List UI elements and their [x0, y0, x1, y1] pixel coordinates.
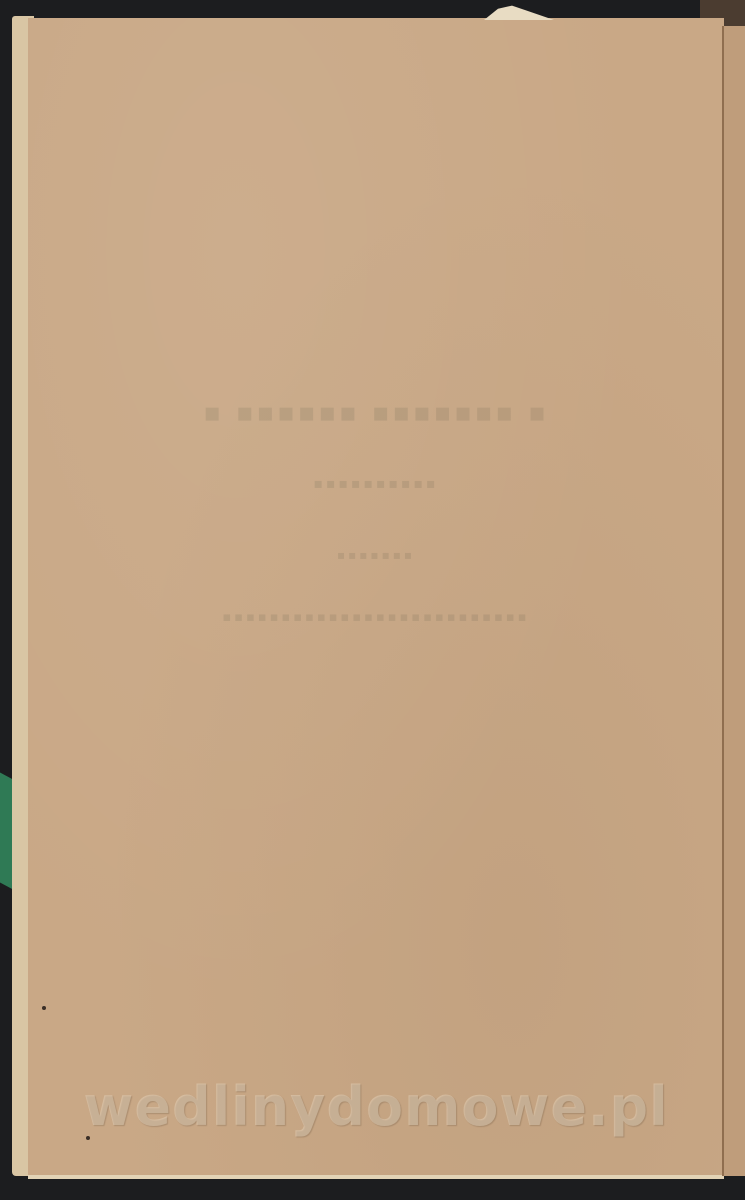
paper-speck [42, 1006, 46, 1010]
facing-page-edge [724, 26, 745, 1176]
bleed-through-line-2: ▪▪▪▪▪▪▪▪▪▪ [28, 476, 724, 492]
watermark: wedlinydomowe.pl [28, 1075, 724, 1138]
bleed-through-line-4: ▪▪▪▪▪▪▪▪▪▪▪▪▪▪▪▪▪▪▪▪▪▪▪▪▪▪ [28, 610, 724, 625]
scanned-page: ▪ ▪▪▪▪▪▪ ▪▪▪▪▪▪▪ ▪ ▪▪▪▪▪▪▪▪▪▪ ▪▪▪▪▪▪▪ ▪▪… [28, 18, 724, 1179]
bleed-through-line-3: ▪▪▪▪▪▪▪ [28, 548, 724, 562]
bleed-through-line-1: ▪ ▪▪▪▪▪▪ ▪▪▪▪▪▪▪ ▪ [28, 398, 724, 428]
torn-paper-corner [484, 4, 554, 20]
